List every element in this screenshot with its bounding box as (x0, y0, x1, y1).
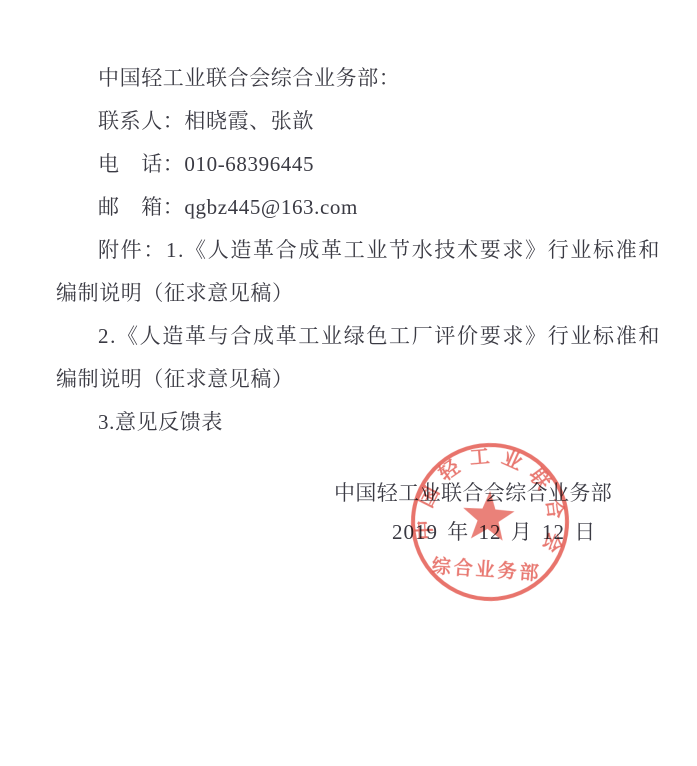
document-body: 中国轻工业联合会综合业务部： 联系人：相晓霞、张歆 电 话：010-683964… (56, 57, 661, 444)
doc-line-phone: 电 话：010-68396445 (56, 143, 661, 186)
signature-date: 2019 年 12 月 12 日 (392, 516, 596, 546)
doc-line-attachment-1-cont: 编制说明（征求意见稿） (56, 272, 661, 315)
doc-line-attachment-3: 3.意见反馈表 (56, 401, 661, 444)
signature-org: 中国轻工业联合会综合业务部 (334, 477, 612, 507)
seal-bottom-text: 综合业务部 (431, 554, 542, 585)
doc-line-recipient: 中国轻工业联合会综合业务部： (56, 57, 661, 100)
doc-line-attachment-1: 附件：1.《人造革合成革工业节水技术要求》行业标准和 (56, 229, 661, 272)
scanned-document-page: 中国轻工业联合会综合业务部： 联系人：相晓霞、张歆 电 话：010-683964… (0, 0, 697, 766)
doc-line-contact: 联系人：相晓霞、张歆 (56, 100, 661, 143)
doc-line-attachment-2-cont: 编制说明（征求意见稿） (56, 358, 661, 401)
doc-line-email: 邮 箱：qgbz445@163.com (56, 186, 661, 229)
doc-line-attachment-2: 2.《人造革与合成革工业绿色工厂评价要求》行业标准和 (56, 315, 661, 358)
